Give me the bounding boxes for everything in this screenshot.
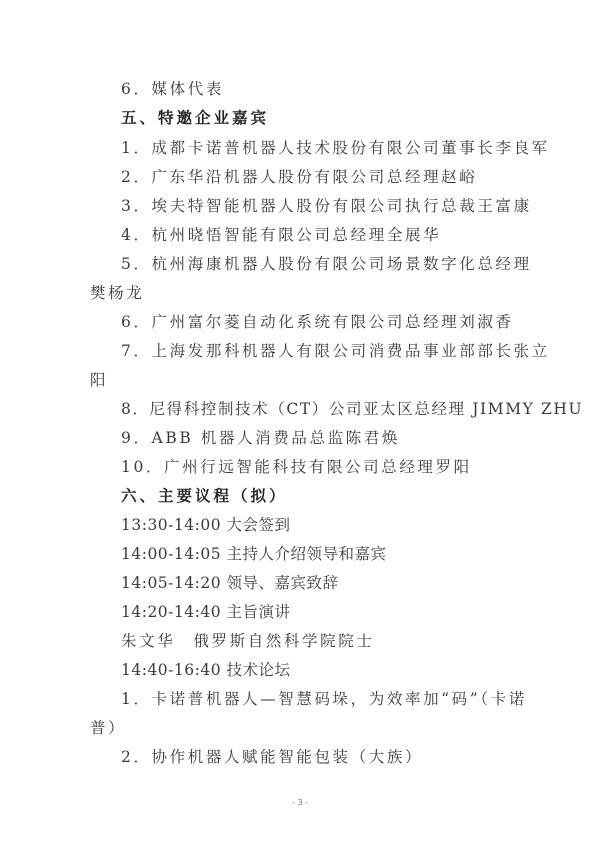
forum-topic: 2．协作机器人赋能智能包装（大族） <box>121 747 541 767</box>
guest-item: 1．成都卡诺普机器人技术股份有限公司董事长李良军 <box>121 138 541 158</box>
agenda-item: 14:20-14:40 主旨演讲 <box>121 602 541 622</box>
agenda-item: 14:05-14:20 领导、嘉宾致辞 <box>121 573 541 593</box>
page-number: - 3 - <box>0 798 600 807</box>
guest-item: 5．杭州海康机器人股份有限公司场景数字化总经理 <box>121 254 541 274</box>
guest-item: 8．尼得科控制技术（CT）公司亚太区总经理 JIMMY ZHU <box>121 399 541 419</box>
guest-item: 3．埃夫特智能机器人股份有限公司执行总裁王富康 <box>121 196 541 216</box>
guest-item: 6．广州富尔菱自动化系统有限公司总经理刘淑香 <box>121 312 541 332</box>
guest-item-wrap: 阳 <box>90 370 510 390</box>
guest-item: 2．广东华沿机器人股份有限公司总经理赵峪 <box>121 167 541 187</box>
guest-item: 7．上海发那科机器人有限公司消费品事业部部长张立 <box>121 341 541 361</box>
section-heading-guests: 五、特邀企业嘉宾 <box>121 108 541 128</box>
forum-topic: 1．卡诺普机器人—智慧码垛，为效率加“码”（卡诺 <box>121 689 541 709</box>
agenda-item: 14:00-14:05 主持人介绍领导和嘉宾 <box>121 544 541 564</box>
forum-topic-wrap: 普） <box>90 718 510 738</box>
section-heading-agenda: 六、主要议程（拟） <box>121 486 541 506</box>
guest-item: 9．ABB 机器人消费品总监陈君焕 <box>121 428 541 448</box>
keynote-speaker: 朱文华 俄罗斯自然科学院院士 <box>121 631 541 651</box>
guest-item: 4．杭州晓悟智能有限公司总经理全展华 <box>121 225 541 245</box>
list-item-media-rep: 6．媒体代表 <box>121 79 541 99</box>
agenda-item: 13:30-14:00 大会签到 <box>121 515 541 535</box>
guest-item-wrap: 樊杨龙 <box>90 283 510 303</box>
agenda-item: 14:40-16:40 技术论坛 <box>121 660 541 680</box>
guest-item: 10．广州行远智能科技有限公司总经理罗阳 <box>121 457 541 477</box>
